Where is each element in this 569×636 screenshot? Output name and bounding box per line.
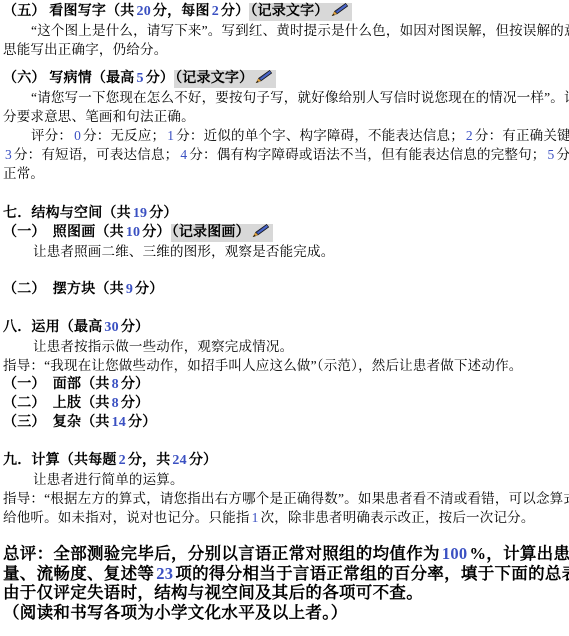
score-number: 23 — [154, 564, 175, 583]
summary: 总评：全部测验完毕后，分别以言语正常对照组的均值作为100%，计算出患者信息量、… — [3, 544, 567, 622]
text-line: 思能写出正确字，仍给分。 — [3, 40, 567, 59]
score-number: 14 — [110, 415, 128, 430]
text-segment: （二） 上肢（共8分） — [3, 396, 149, 411]
record-entry-button[interactable]: （记录图画） — [171, 224, 273, 242]
text-line: “请您写一下您现在怎么不好，要按句子写，就好像给别人写信时说您现在的情况一样”。… — [3, 88, 567, 107]
text-line: （三） 复杂（共14分） — [3, 413, 567, 432]
text-line: “这个图上是什么，请写下来”。写到红、黄时提示是什么色，如因对图误解，但按误解的… — [3, 21, 567, 40]
record-entry-button[interactable]: （记录文字） — [249, 3, 351, 21]
score-number: 8 — [110, 396, 121, 411]
section-7-heading: 七．结构与空间（共19分） — [3, 204, 567, 223]
text-segment: 让患者进行简单的运算。 — [33, 472, 184, 487]
text-segment: 指导：“根据左方的算式，请您指出右方哪个是正确得数”。如果患者看不清或看错，可以… — [3, 491, 569, 506]
text-line: 九．计算（共每题2分，共24分） — [3, 451, 567, 470]
text-segment: 评分：0分：无反应；1分：近似的单个字、构字障碍，不能表达信息；2分：有正确关键… — [31, 128, 569, 143]
text-line: 给他听。如未指对，说对也记分。只能指1次，除非患者明确表示改正，按后一次记分。 — [3, 508, 567, 527]
text-line: （阅读和书写各项为小学文化水平及以上者。） — [3, 603, 567, 623]
text-line: 正常。 — [3, 164, 567, 183]
score-number: 4 — [178, 147, 189, 162]
score-number: 1 — [250, 510, 261, 525]
section-8-heading: 八．运用（最高30分） — [3, 318, 567, 337]
assessment-document: （五） 看图写字（共20分，每图2分）（记录文字）“这个图上是什么，请写下来”。… — [0, 0, 569, 622]
score-number: 2 — [210, 4, 221, 19]
text-line: 由于仅评定失语时，结构与视空间及其后的各项可不查。 — [3, 583, 567, 603]
section-8-1-heading: （一） 面部（共8分） — [3, 375, 567, 394]
text-segment: 分要求意思、笔画和句法正确。 — [3, 109, 195, 124]
text-line: 七．结构与空间（共19分） — [3, 204, 567, 223]
text-segment: “请您写一下您现在怎么不好，要按句子写，就好像给别人写信时说您现在的情况一样”。… — [31, 90, 569, 105]
text-segment: 给他听。如未指对，说对也记分。只能指1次，除非患者明确表示改正，按后一次记分。 — [3, 510, 535, 525]
pen-icon[interactable] — [252, 224, 269, 238]
text-segment: （三） 复杂（共14分） — [3, 415, 156, 430]
text-line: 评分：0分：无反应；1分：近似的单个字、构字障碍，不能表达信息；2分：有正确关键… — [3, 126, 567, 145]
section-9-heading: 九．计算（共每题2分，共24分） — [3, 451, 567, 470]
pen-icon[interactable] — [331, 3, 348, 17]
text-segment: “这个图上是什么，请写下来”。写到红、黄时提示是什么色，如因对图误解，但按误解的… — [31, 23, 569, 38]
score-number: 30 — [102, 320, 120, 335]
section-9-instruction: 指导：“根据左方的算式，请您指出右方哪个是正确得数”。如果患者看不清或看错，可以… — [3, 489, 567, 527]
text-segment: 指导：“我现在让您做些动作，如招手叫人应这么做”（示范），然后让患者做下述动作。 — [3, 358, 522, 373]
text-line: （二） 上肢（共8分） — [3, 394, 567, 413]
section-8-body: 让患者按指示做一些动作，观察完成情况。 — [3, 337, 567, 356]
score-number: 3 — [3, 147, 14, 162]
score-number: 10 — [124, 225, 142, 240]
section-6-body: “请您写一下您现在怎么不好，要按句子写，就好像给别人写信时说您现在的情况一样”。… — [3, 88, 567, 126]
text-line: 量、流畅度、复述等23项的得分相当于言语正常组的百分率，填于下面的总表中。 — [3, 564, 567, 584]
text-line: （五） 看图写字（共20分，每图2分）（记录文字） — [3, 2, 567, 21]
text-line: 让患者照画二维、三维的图形，观察是否能完成。 — [3, 242, 567, 261]
text-segment: （二） 摆方块（共9分） — [3, 282, 163, 297]
section-7-1-heading: （一） 照图画（共10分）（记录图画） — [3, 223, 567, 242]
score-number: 2 — [117, 453, 128, 468]
text-segment: 让患者照画二维、三维的图形，观察是否能完成。 — [33, 244, 334, 259]
text-line: 3分：有短语，可表达信息；4分：偶有构字障碍或语法不当，但有能表达信息的完整句；… — [3, 145, 567, 164]
score-number: 20 — [135, 4, 153, 19]
section-6-heading: （六） 写病情（最高5分）（记录文字） — [3, 69, 567, 88]
record-entry-button[interactable]: （记录文字） — [174, 70, 276, 88]
text-segment: （五） 看图写字（共20分，每图2分） — [3, 4, 249, 19]
text-segment: （一） 面部（共8分） — [3, 377, 149, 392]
text-segment: （六） 写病情（最高5分） — [3, 71, 174, 86]
text-segment: 思能写出正确字，仍给分。 — [3, 42, 167, 57]
text-line: 让患者进行简单的运算。 — [3, 470, 567, 489]
text-segment: 九．计算（共每题2分，共24分） — [3, 453, 217, 468]
section-8-instruction: 指导：“我现在让您做些动作，如招手叫人应这么做”（示范），然后让患者做下述动作。 — [3, 356, 567, 375]
score-number: 1 — [165, 128, 176, 143]
score-number: 9 — [124, 282, 135, 297]
text-line: 八．运用（最高30分） — [3, 318, 567, 337]
text-segment: 八．运用（最高30分） — [3, 320, 149, 335]
section-8-3-heading: （三） 复杂（共14分） — [3, 413, 567, 432]
score-number: 8 — [110, 377, 121, 392]
text-segment: 总评：全部测验完毕后，分别以言语正常对照组的均值作为100%，计算出患者信息 — [3, 544, 569, 563]
score-number: 0 — [72, 128, 83, 143]
score-number: 5 — [135, 71, 146, 86]
text-segment: 七．结构与空间（共19分） — [3, 206, 178, 221]
text-line: 指导：“我现在让您做些动作，如招手叫人应这么做”（示范），然后让患者做下述动作。 — [3, 356, 567, 375]
text-segment: 正常。 — [3, 166, 44, 181]
score-number: 2 — [464, 128, 475, 143]
section-6-scoring: 评分：0分：无反应；1分：近似的单个字、构字障碍，不能表达信息；2分：有正确关键… — [3, 126, 567, 183]
section-5-body: “这个图上是什么，请写下来”。写到红、黄时提示是什么色，如因对图误解，但按误解的… — [3, 21, 567, 59]
text-line: 让患者按指示做一些动作，观察完成情况。 — [3, 337, 567, 356]
text-line: （一） 照图画（共10分）（记录图画） — [3, 223, 567, 242]
section-9-body: 让患者进行简单的运算。 — [3, 470, 567, 489]
score-number: 100 — [440, 544, 470, 563]
text-segment: 量、流畅度、复述等23项的得分相当于言语正常组的百分率，填于下面的总表中。 — [3, 564, 569, 583]
section-7-1-body: 让患者照画二维、三维的图形，观察是否能完成。 — [3, 242, 567, 261]
text-segment: 3分：有短语，可表达信息；4分：偶有构字障碍或语法不当，但有能表达信息的完整句；… — [3, 147, 569, 162]
pen-icon[interactable] — [255, 70, 272, 84]
score-number: 19 — [131, 206, 149, 221]
section-8-2-heading: （二） 上肢（共8分） — [3, 394, 567, 413]
text-line: 分要求意思、笔画和句法正确。 — [3, 107, 567, 126]
text-segment: （阅读和书写各项为小学文化水平及以上者。） — [3, 603, 348, 622]
text-line: 指导：“根据左方的算式，请您指出右方哪个是正确得数”。如果患者看不清或看错，可以… — [3, 489, 567, 508]
text-segment: 让患者按指示做一些动作，观察完成情况。 — [33, 339, 293, 354]
text-line: （二） 摆方块（共9分） — [3, 280, 567, 299]
text-line: （一） 面部（共8分） — [3, 375, 567, 394]
text-segment: 由于仅评定失语时，结构与视空间及其后的各项可不查。 — [3, 583, 423, 602]
text-segment: （一） 照图画（共10分） — [3, 225, 171, 240]
section-7-2-heading: （二） 摆方块（共9分） — [3, 280, 567, 299]
score-number: 24 — [170, 453, 188, 468]
text-line: （六） 写病情（最高5分）（记录文字） — [3, 69, 567, 88]
score-number: 5 — [546, 147, 557, 162]
section-5-heading: （五） 看图写字（共20分，每图2分）（记录文字） — [3, 2, 567, 21]
text-line: 总评：全部测验完毕后，分别以言语正常对照组的均值作为100%，计算出患者信息 — [3, 544, 567, 564]
